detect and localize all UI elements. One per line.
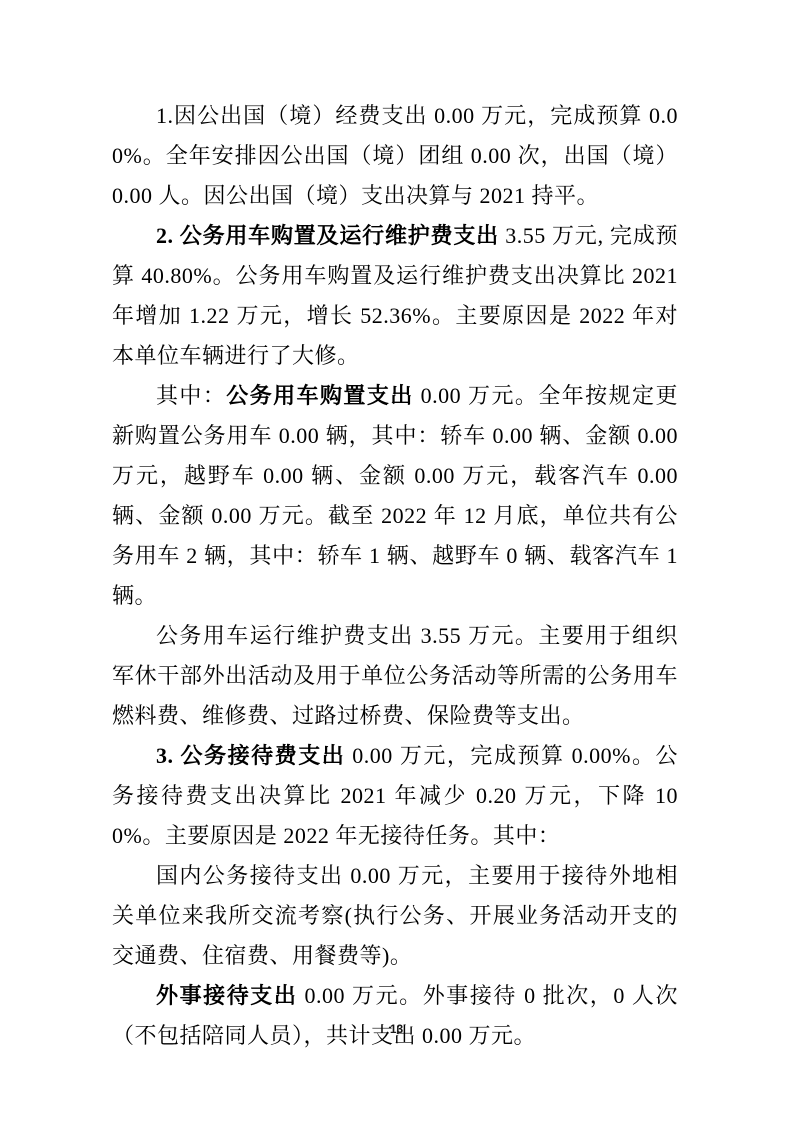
paragraph-5: 3. 公务接待费支出 0.00 万元，完成预算 0.00%。公务接待费支出决算比… [112, 736, 678, 856]
bold-run-in-heading: 2. 公务用车购置及运行维护费支出 [156, 223, 505, 248]
body-text: 0.00 万元。全年按规定更新购置公务用车 0.00 辆，其中：轿车 0.00 … [112, 383, 678, 608]
paragraph-3: 其中：公务用车购置支出 0.00 万元。全年按规定更新购置公务用车 0.00 辆… [112, 376, 678, 616]
paragraph-2: 2. 公务用车购置及运行维护费支出 3.55 万元, 完成预算 40.80%。公… [112, 216, 678, 376]
paragraph-7: 外事接待支出 0.00 万元。外事接待 0 批次，0 人次（不包括陪同人员），共… [112, 976, 678, 1056]
body-text: 公务用车运行维护费支出 3.55 万元。主要用于组织军休干部外出活动及用于单位公… [112, 623, 678, 728]
body-text: 国内公务接待支出 0.00 万元，主要用于接待外地相关单位来我所交流考察(执行公… [112, 863, 678, 968]
bold-run-in-heading: 外事接待支出 [156, 983, 304, 1008]
bold-run-in-heading: 公务用车购置支出 [226, 383, 420, 408]
body-text: 1.因公出国（境）经费支出 0.00 万元，完成预算 0.00%。全年安排因公出… [112, 103, 678, 208]
body-text: 其中： [156, 383, 226, 408]
document-page: 1.因公出国（境）经费支出 0.00 万元，完成预算 0.00%。全年安排因公出… [0, 0, 793, 1122]
document-body: 1.因公出国（境）经费支出 0.00 万元，完成预算 0.00%。全年安排因公出… [112, 96, 678, 1056]
page-number: 13 [0, 1022, 793, 1036]
paragraph-4: 公务用车运行维护费支出 3.55 万元。主要用于组织军休干部外出活动及用于单位公… [112, 616, 678, 736]
paragraph-6: 国内公务接待支出 0.00 万元，主要用于接待外地相关单位来我所交流考察(执行公… [112, 856, 678, 976]
paragraph-1: 1.因公出国（境）经费支出 0.00 万元，完成预算 0.00%。全年安排因公出… [112, 96, 678, 216]
bold-run-in-heading: 3. 公务接待费支出 [156, 743, 352, 768]
